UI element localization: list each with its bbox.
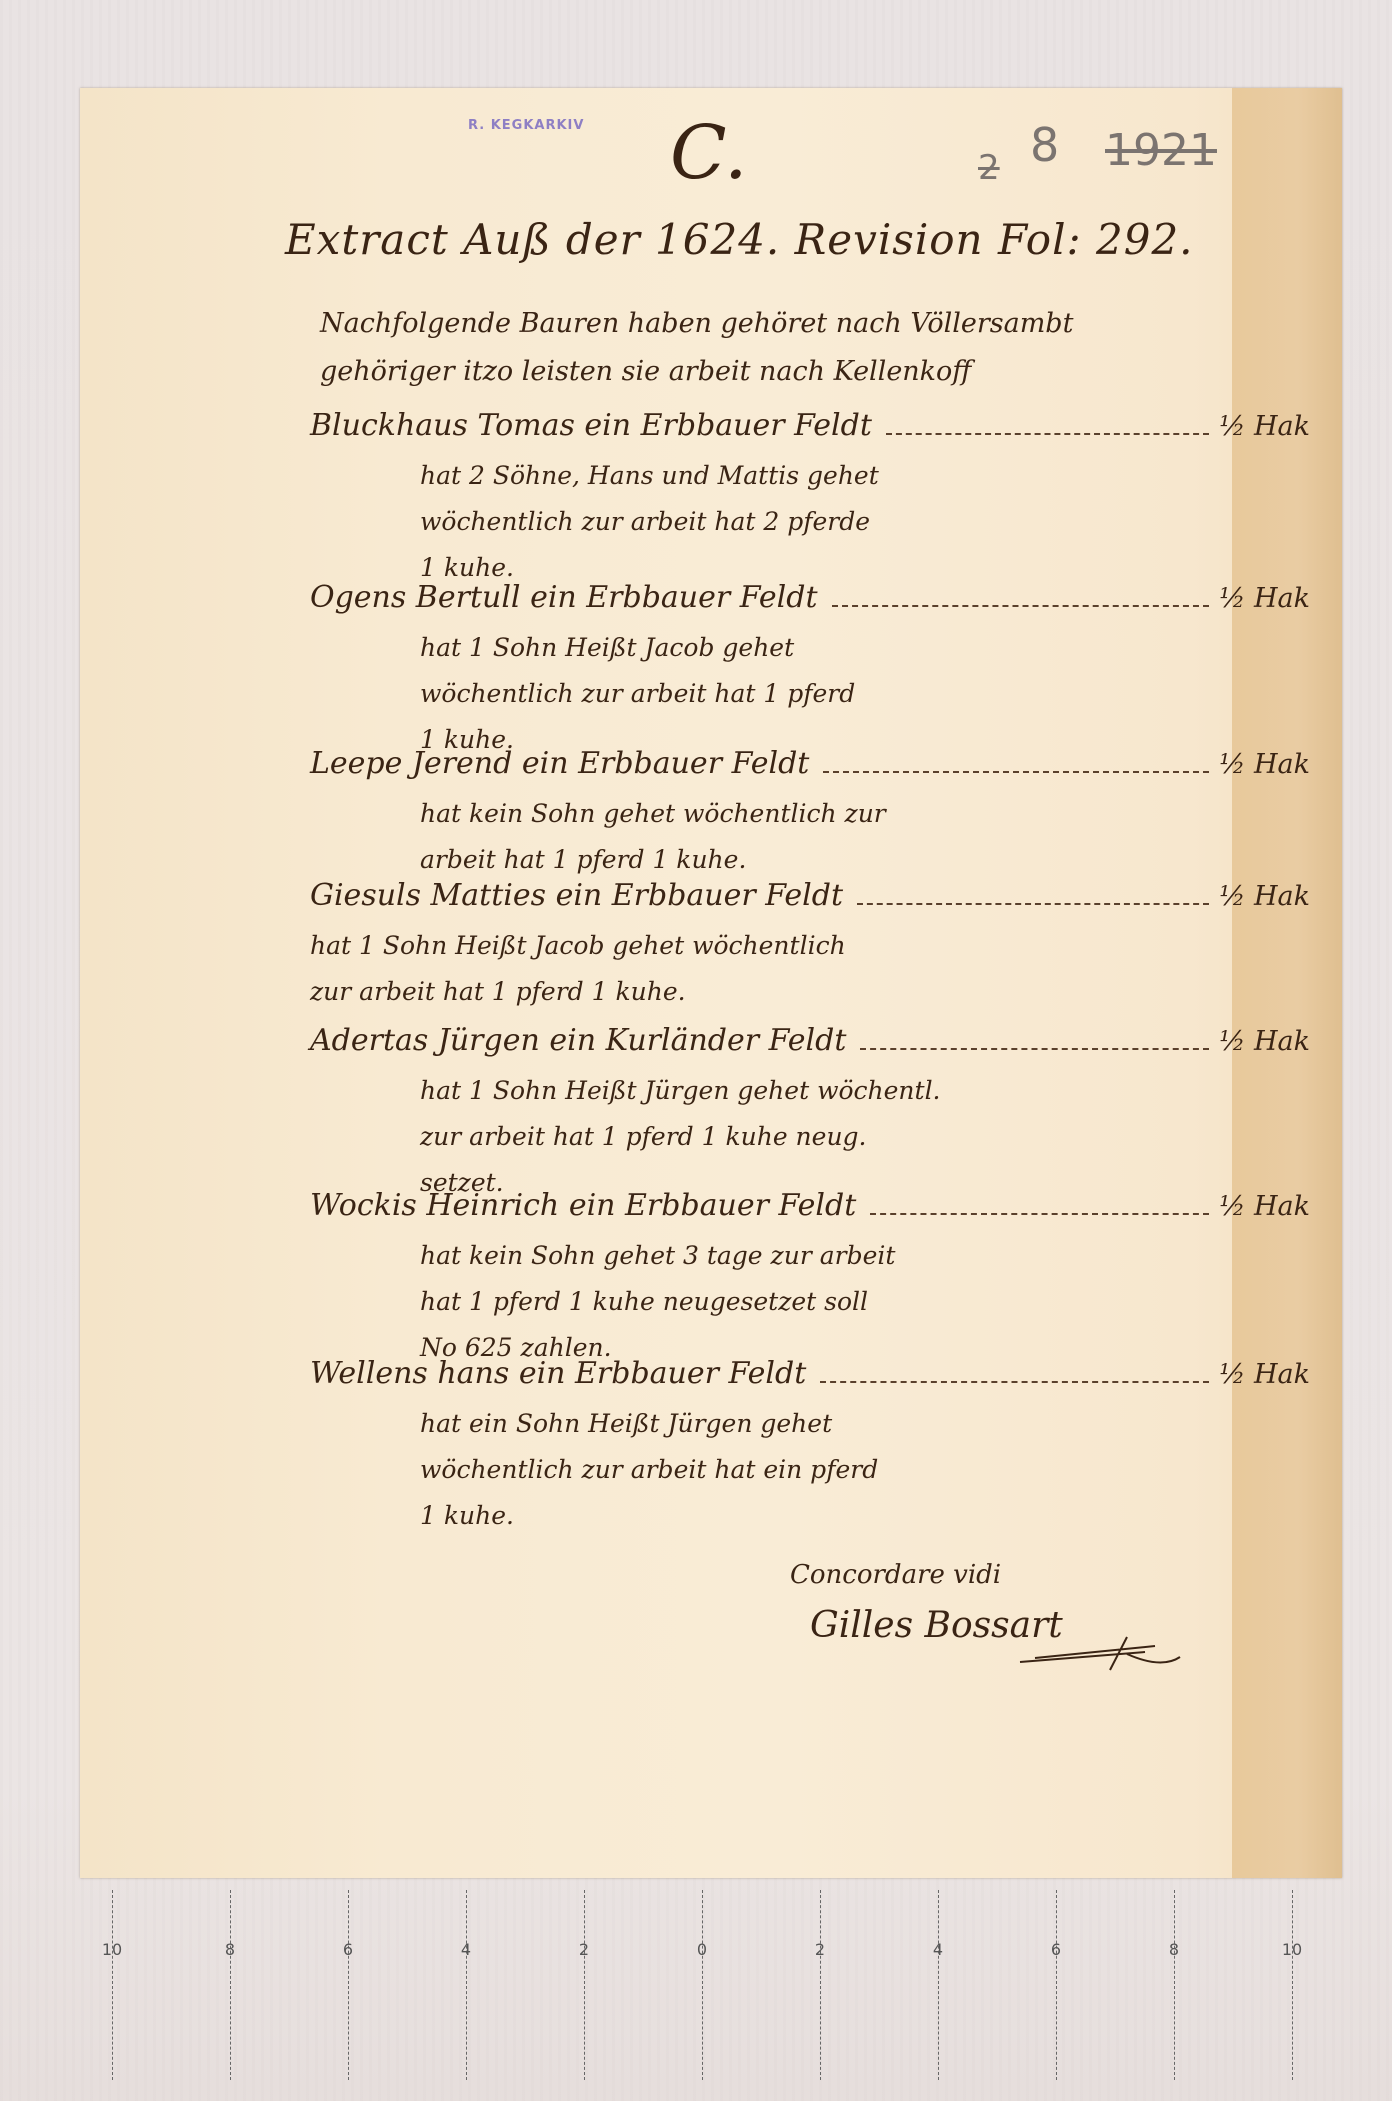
farmer-role: ein Erbbauer Feldt (522, 738, 809, 790)
pencil-mark-year: 1921 (1105, 125, 1217, 176)
ruler-tick (1056, 1890, 1057, 2080)
ruler-tick (112, 1890, 113, 2080)
ruler-label: 4 (933, 1940, 943, 1959)
farmer-entry: Leepe Jerend ein Erbbauer Feldt ½ Hak ha… (310, 738, 1310, 883)
farmer-entry: Wockis Heinrich ein Erbbauer Feldt ½ Hak… (310, 1180, 1310, 1371)
entry-detail-line: wöchentlich zur arbeit hat 2 pferde (420, 499, 1310, 545)
farmer-role: ein Erbbauer Feldt (556, 870, 843, 922)
attestation-text: Concordare vidi (790, 1560, 1001, 1590)
ruler-label: 2 (815, 1940, 825, 1959)
entry-detail-line: zur arbeit hat 1 pferd 1 kuhe. (310, 969, 1310, 1015)
farmer-entry: Adertas Jürgen ein Kurländer Feldt ½ Hak… (310, 1015, 1310, 1206)
pencil-mark-struck: 2 (978, 148, 1000, 188)
entry-detail-line: hat kein Sohn gehet wöchentlich zur (420, 791, 1310, 837)
scale-ruler: 10 8 6 4 2 0 2 4 6 8 10 (0, 1880, 1392, 2101)
ruler-label: 8 (225, 1940, 235, 1959)
farmer-name: Wockis Heinrich (310, 1180, 559, 1232)
ruler-tick (820, 1890, 821, 2080)
farmer-name: Ogens Bertull (310, 572, 521, 624)
entry-detail-line: hat 2 Söhne, Hans und Mattis gehet (420, 453, 1310, 499)
farmer-role: ein Erbbauer Feldt (584, 400, 871, 452)
entry-detail-line: hat 1 Sohn Heißt Jürgen gehet wöchentl. (420, 1068, 1310, 1114)
entry-detail-line: 1 kuhe. (420, 1493, 1310, 1539)
land-share: ½ Hak (1219, 739, 1310, 791)
farmer-entry: Wellens hans ein Erbbauer Feldt ½ Hak ha… (310, 1348, 1310, 1539)
entry-detail-line: zur arbeit hat 1 pferd 1 kuhe neug. (420, 1114, 1310, 1160)
ruler-tick (230, 1890, 231, 2080)
leader-dashes (857, 903, 1209, 905)
intro-line: Nachfolgende Bauren haben gehöret nach V… (320, 300, 1250, 348)
leader-dashes (870, 1213, 1209, 1215)
entry-detail-line: hat kein Sohn gehet 3 tage zur arbeit (420, 1233, 1310, 1279)
farmer-name: Bluckhaus Tomas (310, 400, 575, 452)
ruler-label: 10 (102, 1940, 122, 1959)
leader-dashes (886, 433, 1209, 435)
farmer-name: Wellens hans (310, 1348, 509, 1400)
entry-detail-line: hat 1 Sohn Heißt Jacob gehet (420, 625, 1310, 671)
land-share: ½ Hak (1219, 1349, 1310, 1401)
land-share: ½ Hak (1219, 1181, 1310, 1233)
ruler-tick (466, 1890, 467, 2080)
entry-detail-line: hat ein Sohn Heißt Jürgen gehet (420, 1401, 1310, 1447)
ruler-label: 6 (1051, 1940, 1061, 1959)
intro-line: gehöriger itzo leisten sie arbeit nach K… (320, 348, 1250, 396)
intro-paragraph: Nachfolgende Bauren haben gehöret nach V… (320, 300, 1250, 396)
leader-dashes (860, 1048, 1209, 1050)
farmer-entry: Giesuls Matties ein Erbbauer Feldt ½ Hak… (310, 870, 1310, 1015)
ruler-tick (702, 1890, 703, 2080)
land-share: ½ Hak (1219, 573, 1310, 625)
leader-dashes (832, 605, 1210, 607)
land-share: ½ Hak (1219, 1016, 1310, 1068)
ruler-label: 10 (1282, 1940, 1302, 1959)
ruler-tick (1292, 1890, 1293, 2080)
entry-detail-line: hat 1 pferd 1 kuhe neugesetzet soll (420, 1279, 1310, 1325)
archive-stamp: R. KEGKARKIV (468, 118, 584, 133)
ruler-tick (584, 1890, 585, 2080)
pencil-mark-number: 8 (1030, 118, 1059, 172)
entry-detail-line: wöchentlich zur arbeit hat ein pferd (420, 1447, 1310, 1493)
entry-detail-line: hat 1 Sohn Heißt Jacob gehet wöchentlich (310, 923, 1310, 969)
ruler-label: 2 (579, 1940, 589, 1959)
ruler-tick (938, 1890, 939, 2080)
farmer-name: Adertas Jürgen (310, 1015, 540, 1067)
farmer-role: ein Kurländer Feldt (549, 1015, 846, 1067)
ruler-label: 8 (1169, 1940, 1179, 1959)
farmer-role: ein Erbbauer Feldt (530, 572, 817, 624)
farmer-name: Leepe Jerend (310, 738, 512, 790)
leader-dashes (820, 1381, 1209, 1383)
ruler-tick (348, 1890, 349, 2080)
archive-letter: C. (670, 110, 748, 196)
farmer-role: ein Erbbauer Feldt (519, 1348, 806, 1400)
ruler-label: 6 (343, 1940, 353, 1959)
ruler-label: 4 (461, 1940, 471, 1959)
farmer-role: ein Erbbauer Feldt (569, 1180, 856, 1232)
signature-flourish-icon (1015, 1632, 1185, 1672)
farmer-name: Giesuls Matties (310, 870, 546, 922)
document-title: Extract Auß der 1624. Revision Fol: 292. (285, 215, 1194, 264)
entry-detail-line: wöchentlich zur arbeit hat 1 pferd (420, 671, 1310, 717)
farmer-entry: Ogens Bertull ein Erbbauer Feldt ½ Hak h… (310, 572, 1310, 763)
ruler-tick (1174, 1890, 1175, 2080)
leader-dashes (823, 771, 1209, 773)
land-share: ½ Hak (1219, 871, 1310, 923)
land-share: ½ Hak (1219, 401, 1310, 453)
farmer-entry: Bluckhaus Tomas ein Erbbauer Feldt ½ Hak… (310, 400, 1310, 591)
ruler-label: 0 (697, 1940, 707, 1959)
